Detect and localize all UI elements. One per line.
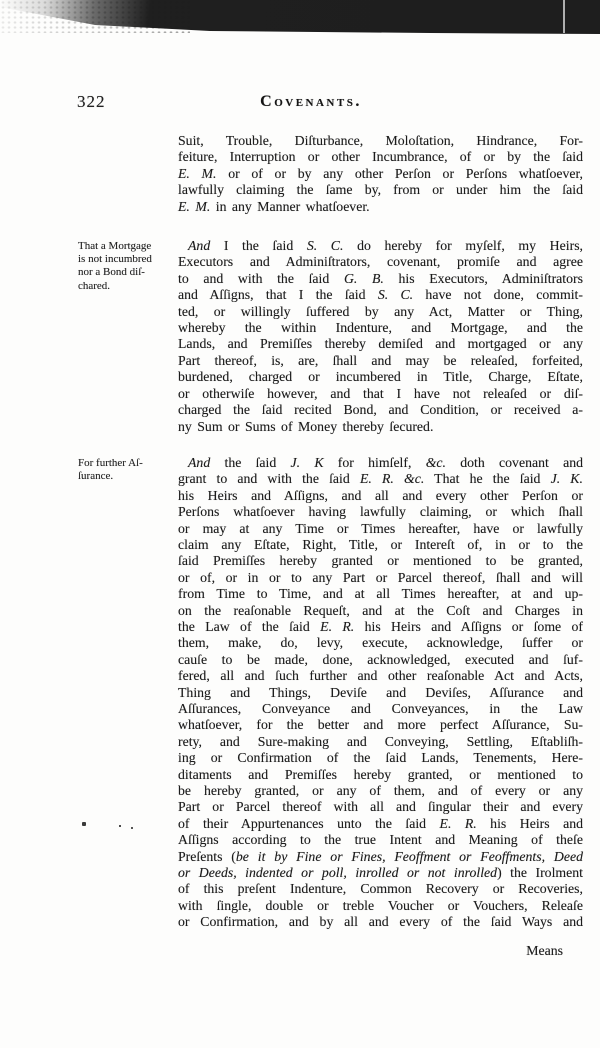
text-line: Part thereof, is, are, ſhall and may be … xyxy=(178,353,583,369)
text-line: burdened, charged or incumbered in Title… xyxy=(178,369,583,385)
paragraph-row: That a Mortgageis not incumbrednor a Bon… xyxy=(78,238,583,435)
text-line: And I the ſaid S. C. do hereby for myſel… xyxy=(178,238,583,254)
text-line: Aſſurances, Conveyance and Conveyances, … xyxy=(178,701,583,717)
text-line: claim any Eſtate, Right, Title, or Inter… xyxy=(178,537,583,553)
text-line: lawfully claiming the ſame by, from or u… xyxy=(178,182,583,198)
text-line: of their Appurtenances unto the ſaid E. … xyxy=(178,816,583,832)
scan-artifact-slit xyxy=(563,0,565,33)
paragraph-row: For further Aſ-ſurance.And the ſaid J. K… xyxy=(78,455,583,931)
paragraph: And the ſaid J. K for himſelf, &c. doth … xyxy=(178,455,583,931)
text-line: on the reaſonable Requeſt, and at the Co… xyxy=(178,603,583,619)
paragraphs: Suit, Trouble, Diſturbance, Moloſtation,… xyxy=(78,133,583,931)
text-line: E. M. in any Manner whatſoever. xyxy=(178,199,583,215)
text-line: or may at any Time or Times hereafter, h… xyxy=(178,521,583,537)
text-line: the Law of the ſaid E. R. his Heirs and … xyxy=(178,619,583,635)
text-line: ditaments and Premiſſes hereby granted, … xyxy=(178,767,583,783)
text-line: Thing and Things, Deviſe and Deviſes, Aſ… xyxy=(178,685,583,701)
text-line: his Heirs and Aſſigns, and all and every… xyxy=(178,488,583,504)
text-line: or Confirmation, and by all and every of… xyxy=(178,914,583,930)
text-line: ny Sum or Sums of Money thereby ſecured. xyxy=(178,419,583,435)
text-line: Suit, Trouble, Diſturbance, Moloſtation,… xyxy=(178,133,583,149)
ink-specks xyxy=(82,822,86,826)
text-line: whereby the within Indenture, and Mortga… xyxy=(178,320,583,336)
margin-note-line: That a Mortgage xyxy=(78,240,170,253)
text-line: and Aſſigns, that I the ſaid S. C. have … xyxy=(178,287,583,303)
scan-artifact-noise xyxy=(0,0,190,33)
margin-note: For further Aſ-ſurance. xyxy=(78,455,170,483)
text-line: ſaid Premiſſes hereby granted or mention… xyxy=(178,553,583,569)
margin-note-line: For further Aſ- xyxy=(78,457,170,470)
text-line: Perſons whatſoever having lawfully claim… xyxy=(178,504,583,520)
text-line: whatſoever, for the better and more perf… xyxy=(178,717,583,733)
margin-note-line: chared. xyxy=(78,280,170,293)
text-line: ing or Confirmation of the ſaid Lands, T… xyxy=(178,750,583,766)
text-line: And the ſaid J. K for himſelf, &c. doth … xyxy=(178,455,583,471)
text-line: them, make, do, levy, execute, acknowled… xyxy=(178,635,583,651)
text-line: E. M. or of or by any other Perſon or Pe… xyxy=(178,166,583,182)
text-line: of this preſent Indenture, Common Recove… xyxy=(178,881,583,897)
text-line: rety, and Sure-making and Conveying, Set… xyxy=(178,734,583,750)
text-line: to and with the ſaid G. B. his Executors… xyxy=(178,271,583,287)
text-line: grant to and with the ſaid E. R. &c. Tha… xyxy=(178,471,583,487)
margin-note-line: nor a Bond diſ- xyxy=(78,266,170,279)
text-line: charged the ſaid recited Bond, and Condi… xyxy=(178,402,583,418)
text-line: with ſingle, double or treble Voucher or… xyxy=(178,898,583,914)
margin-note xyxy=(78,133,170,135)
text-line: Part or Parcel thereof with all and ſing… xyxy=(178,799,583,815)
text-line: fered, all and ſuch further and other re… xyxy=(178,668,583,684)
text-line: ted, or willingly ſuffered by any Act, M… xyxy=(178,304,583,320)
text-line: Lands, and Premiſſes thereby demiſed and… xyxy=(178,336,583,352)
margin-note-line: ſurance. xyxy=(78,470,170,483)
text-line: Aſſigns according to the true Intent and… xyxy=(178,832,583,848)
text-line: or otherwiſe however, and that I have no… xyxy=(178,386,583,402)
text-line: feiture, Interruption or other Incumbran… xyxy=(178,149,583,165)
text-line: from Time to Time, and at all Times here… xyxy=(178,586,583,602)
text-block: Suit, Trouble, Diſturbance, Moloſtation,… xyxy=(78,133,583,959)
text-line: be hereby granted, or any of them, and o… xyxy=(178,783,583,799)
paragraph: Suit, Trouble, Diſturbance, Moloſtation,… xyxy=(178,133,583,215)
margin-note-line: is not incumbred xyxy=(78,253,170,266)
margin-note: That a Mortgageis not incumbrednor a Bon… xyxy=(78,238,170,293)
text-line: Preſents (be it by Fine or Fines, Feoffm… xyxy=(178,849,583,865)
text-line: or Deeds, indented or poll, inrolled or … xyxy=(178,865,583,881)
catchword: Means xyxy=(78,943,583,959)
text-line: Executors and Adminiſtrators, covenant, … xyxy=(178,254,583,270)
paragraph-row: Suit, Trouble, Diſturbance, Moloſtation,… xyxy=(78,133,583,215)
text-line: or of, or in or to any Part or Parcel th… xyxy=(178,570,583,586)
paragraph: And I the ſaid S. C. do hereby for myſel… xyxy=(178,238,583,435)
text-line: cauſe to be made, done, acknowledged, ex… xyxy=(178,652,583,668)
running-head: Covenants. xyxy=(11,93,600,111)
